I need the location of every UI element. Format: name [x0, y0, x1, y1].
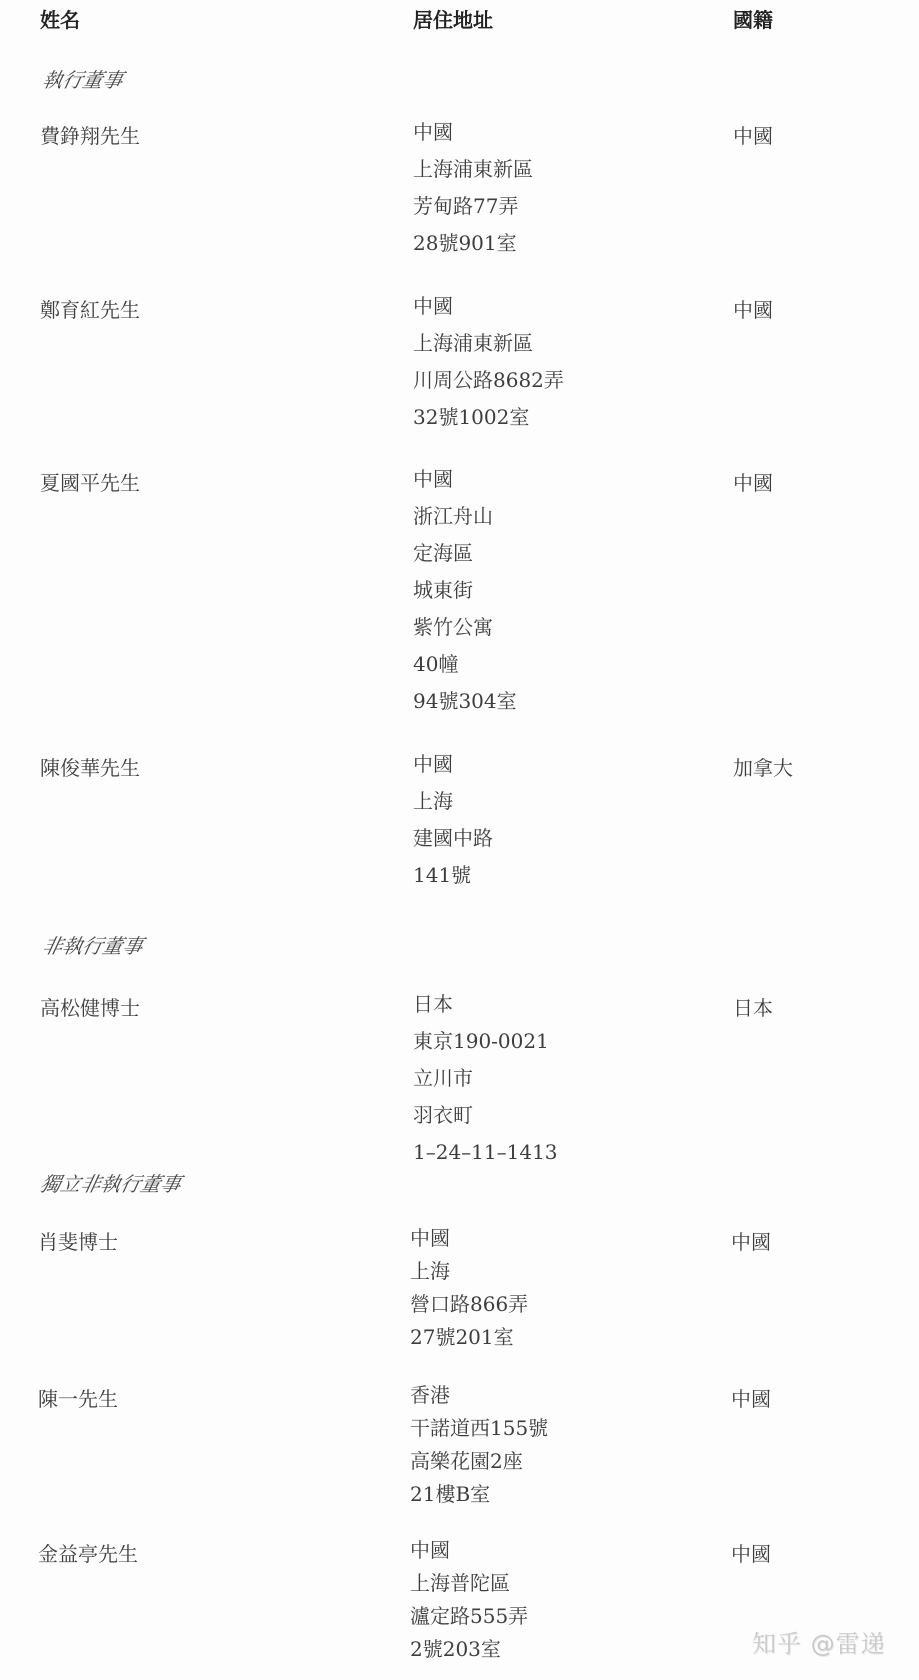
address-line: 中國	[410, 1226, 528, 1259]
address-line: 28號901室	[413, 231, 533, 268]
header-address: 居住地址	[413, 4, 493, 33]
address-line: 上海浦東新區	[413, 157, 533, 194]
address-line: 1–24–11–1413	[413, 1140, 558, 1177]
section-title-non-executive: 非執行董事	[40, 930, 146, 959]
address-line: 中國	[413, 467, 517, 504]
director-address: 中國 浙江舟山 定海區 城東街 紫竹公寓 40幢 94號304室	[413, 467, 517, 726]
director-nationality: 中國	[733, 467, 773, 496]
director-nationality: 加拿大	[733, 752, 793, 781]
address-line: 中國	[413, 120, 533, 157]
address-line: 中國	[413, 752, 493, 789]
director-name: 費錚翔先生	[40, 120, 140, 149]
address-line: 40幢	[413, 652, 517, 689]
header-nationality: 國籍	[733, 4, 773, 33]
address-line: 香港	[410, 1383, 548, 1416]
address-line: 瀘定路555弄	[410, 1604, 528, 1637]
zhihu-watermark: 知乎 @雷递	[752, 1624, 886, 1659]
address-line: 21樓B室	[410, 1482, 548, 1515]
director-name: 夏國平先生	[40, 467, 140, 496]
director-nationality: 中國	[733, 294, 773, 323]
director-name: 肖斐博士	[38, 1226, 118, 1255]
address-line: 中國	[413, 294, 564, 331]
director-address: 香港 干諾道西155號 高樂花園2座 21樓B室	[410, 1383, 548, 1515]
section-title-executive: 執行董事	[40, 64, 126, 93]
address-line: 2號203室	[410, 1637, 528, 1670]
address-line: 紫竹公寓	[413, 615, 517, 652]
director-name: 陳俊華先生	[40, 752, 140, 781]
address-line: 建國中路	[413, 826, 493, 863]
director-address: 中國 上海浦東新區 川周公路8682弄 32號1002室	[413, 294, 564, 442]
director-address: 日本 東京190-0021 立川市 羽衣町 1–24–11–1413	[413, 992, 558, 1177]
address-line: 營口路866弄	[410, 1292, 528, 1325]
director-nationality: 日本	[733, 992, 773, 1021]
director-name: 陳一先生	[38, 1383, 118, 1412]
director-nationality: 中國	[731, 1538, 771, 1567]
header-name: 姓名	[40, 4, 80, 33]
address-line: 上海浦東新區	[413, 331, 564, 368]
address-line: 川周公路8682弄	[413, 368, 564, 405]
director-address: 中國 上海 營口路866弄 27號201室	[410, 1226, 528, 1358]
director-name: 高松健博士	[40, 992, 140, 1021]
director-address: 中國 上海普陀區 瀘定路555弄 2號203室	[410, 1538, 528, 1670]
address-line: 27號201室	[410, 1325, 528, 1358]
address-line: 高樂花園2座	[410, 1449, 548, 1482]
address-line: 定海區	[413, 541, 517, 578]
section-title-independent: 獨立非執行董事	[38, 1168, 184, 1197]
address-line: 干諾道西155號	[410, 1416, 548, 1449]
director-name: 金益亭先生	[38, 1538, 138, 1567]
director-nationality: 中國	[731, 1226, 771, 1255]
address-line: 東京190-0021	[413, 1029, 558, 1066]
table-header: 姓名 居住地址 國籍	[0, 4, 919, 36]
address-line: 上海	[413, 789, 493, 826]
address-line: 上海普陀區	[410, 1571, 528, 1604]
address-line: 上海	[410, 1259, 528, 1292]
address-line: 羽衣町	[413, 1103, 558, 1140]
address-line: 141號	[413, 863, 493, 900]
address-line: 32號1002室	[413, 405, 564, 442]
address-line: 立川市	[413, 1066, 558, 1103]
address-line: 94號304室	[413, 689, 517, 726]
director-nationality: 中國	[733, 120, 773, 149]
director-address: 中國 上海 建國中路 141號	[413, 752, 493, 900]
director-name: 鄭育紅先生	[40, 294, 140, 323]
address-line: 城東街	[413, 578, 517, 615]
director-address: 中國 上海浦東新區 芳甸路77弄 28號901室	[413, 120, 533, 268]
address-line: 日本	[413, 992, 558, 1029]
address-line: 浙江舟山	[413, 504, 517, 541]
directors-table-page: 姓名 居住地址 國籍 執行董事 費錚翔先生 中國 上海浦東新區 芳甸路77弄 2…	[0, 0, 919, 1680]
director-nationality: 中國	[731, 1383, 771, 1412]
address-line: 芳甸路77弄	[413, 194, 533, 231]
address-line: 中國	[410, 1538, 528, 1571]
